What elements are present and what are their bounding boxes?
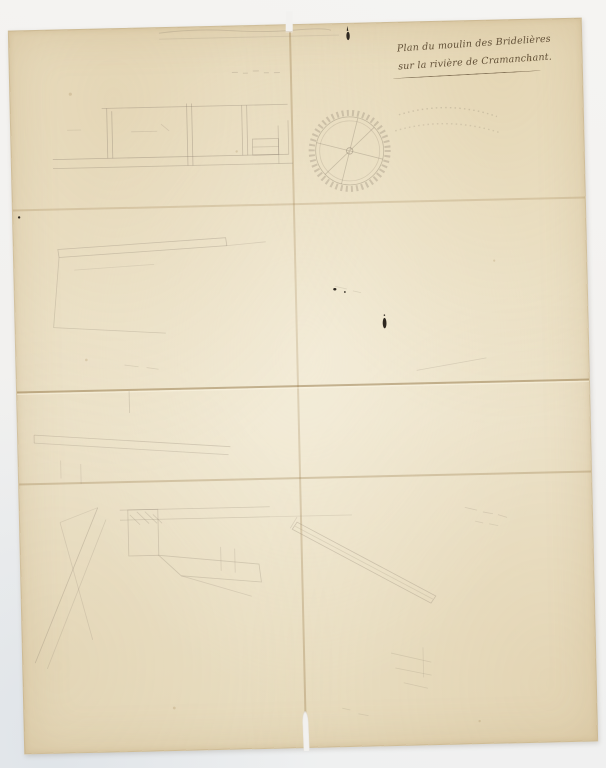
gear-spokes [316, 117, 383, 184]
bottom-right-sketch [341, 647, 432, 716]
gear-wheel-sketch [311, 112, 389, 190]
toothed-rack-sketch [395, 106, 500, 134]
middle-stray-marks [123, 283, 488, 413]
paper-slit-top [286, 11, 293, 32]
foxing-spots [68, 58, 547, 732]
ink-specks [14, 25, 387, 336]
inclined-bar-sketch [290, 514, 436, 606]
plan-outline-sketch [52, 237, 268, 336]
machinery-elevation-sketch [52, 101, 293, 168]
foundation-plan-sketch [120, 505, 354, 599]
lower-v-lines-sketch [32, 508, 110, 670]
lower-sliver-sketch [34, 431, 231, 485]
scan-background: Plan du moulin des Bridelières sur la ri… [0, 0, 606, 768]
right-scribbles [465, 506, 507, 526]
small-caps-marks [232, 70, 280, 73]
top-pencil-inscription [159, 27, 339, 39]
paper-sheet: Plan du moulin des Bridelières sur la ri… [8, 18, 598, 755]
graphite-sketches [9, 19, 597, 754]
